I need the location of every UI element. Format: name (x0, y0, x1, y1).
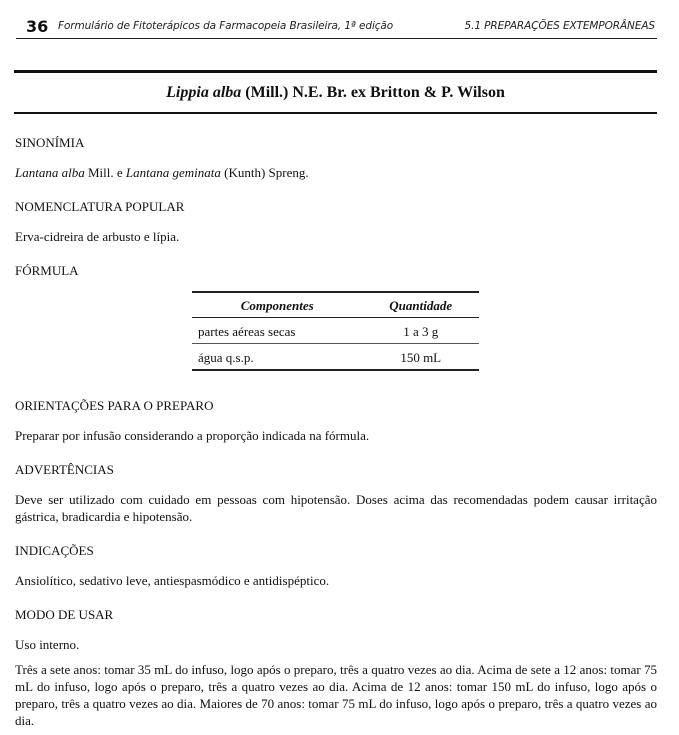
synonym-text-2: (Kunth) Spreng. (221, 165, 309, 180)
sinonimia-heading: SINONÍMIA (15, 134, 657, 151)
advertencias-text: Deve ser utilizado com cuidado em pessoa… (15, 491, 657, 525)
species-authority: (Mill.) N.E. Br. ex Britton & P. Wilson (241, 84, 505, 101)
table-row: partes aéreas secas 1 a 3 g (192, 318, 479, 344)
running-header: 36 Formulário de Fitoterápicos da Farmac… (16, 14, 657, 39)
component-cell: partes aéreas secas (192, 318, 362, 344)
chapter-title: 5.1 PREPARAÇÕES EXTEMPORÂNEAS (465, 20, 655, 32)
column-header-quantidade: Quantidade (362, 292, 479, 318)
species-name: Lippia alba (166, 84, 241, 101)
quantity-cell: 1 a 3 g (362, 318, 479, 344)
formula-table: Componentes Quantidade partes aéreas sec… (192, 291, 479, 371)
indicacoes-text: Ansiolítico, sedativo leve, antiespasmód… (15, 572, 657, 589)
table-row: água q.s.p. 150 mL (192, 344, 479, 371)
nomenclatura-heading: NOMENCLATURA POPULAR (15, 198, 657, 215)
component-cell: água q.s.p. (192, 344, 362, 371)
modo-de-usar-route: Uso interno. (15, 636, 657, 653)
monograph-content: SINONÍMIA Lantana alba Mill. e Lantana g… (15, 134, 657, 729)
orientacoes-heading: ORIENTAÇÕES PARA O PREPARO (15, 397, 657, 414)
modo-de-usar-heading: MODO DE USAR (15, 606, 657, 623)
synonym-1: Lantana alba (15, 165, 85, 180)
advertencias-heading: ADVERTÊNCIAS (15, 461, 657, 478)
quantity-cell: 150 mL (362, 344, 479, 371)
formula-heading: FÓRMULA (15, 262, 657, 279)
synonym-2: Lantana geminata (126, 165, 221, 180)
monograph-title: Lippia alba (Mill.) N.E. Br. ex Britton … (166, 84, 505, 102)
synonym-text-1: Mill. e (85, 165, 126, 180)
indicacoes-heading: INDICAÇÕES (15, 542, 657, 559)
nomenclatura-text: Erva-cidreira de arbusto e lípia. (15, 228, 657, 245)
column-header-componentes: Componentes (192, 292, 362, 318)
sinonimia-text: Lantana alba Mill. e Lantana geminata (K… (15, 164, 657, 181)
orientacoes-text: Preparar por infusão considerando a prop… (15, 427, 657, 444)
monograph-title-block: Lippia alba (Mill.) N.E. Br. ex Britton … (14, 70, 657, 114)
page-number: 36 (26, 17, 48, 36)
book-title: Formulário de Fitoterápicos da Farmacope… (58, 20, 393, 32)
modo-de-usar-dosage: Três a sete anos: tomar 35 mL do infuso,… (15, 661, 657, 729)
